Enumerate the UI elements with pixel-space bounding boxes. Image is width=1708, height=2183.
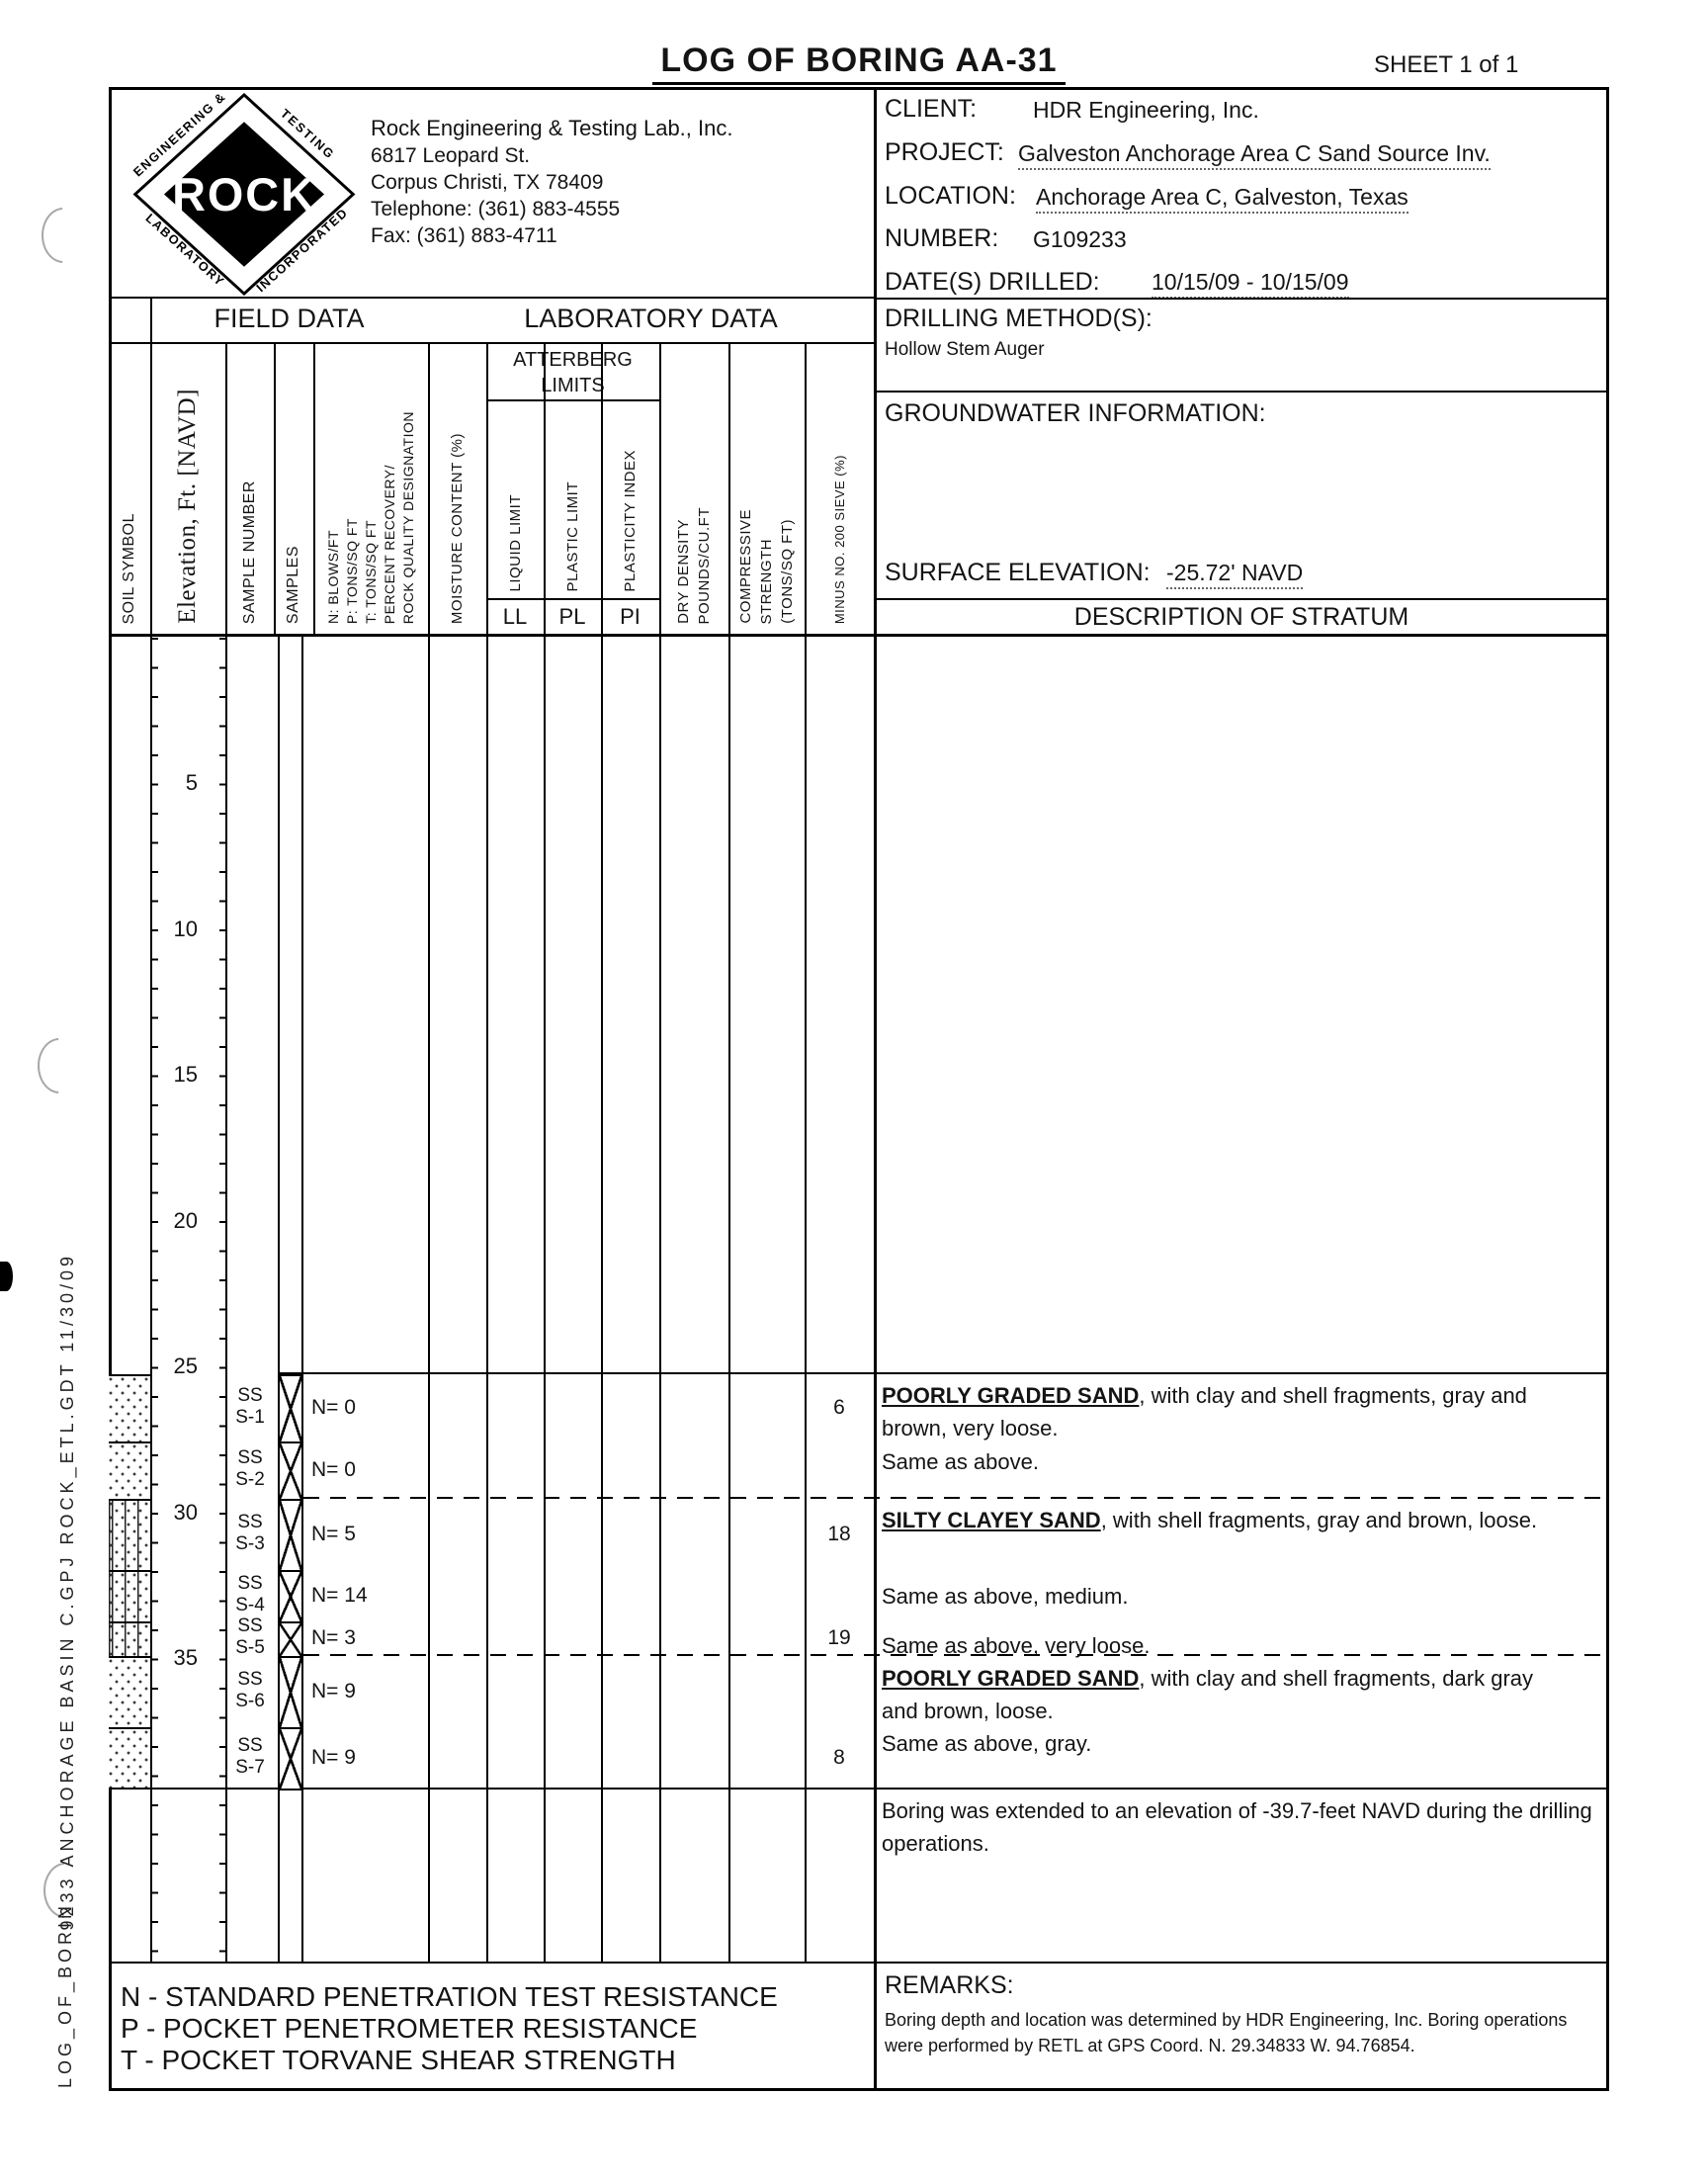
column-header-dry-density: DRY DENSITY POUNDS/CU.FT xyxy=(659,348,728,634)
depth-label: 10 xyxy=(154,917,198,942)
sample-label: SSS-1 xyxy=(223,1385,277,1429)
depth-label: 5 xyxy=(154,770,198,796)
sieve-value: 19 xyxy=(805,1626,874,1650)
sieve-value: 8 xyxy=(805,1746,874,1770)
column-subheader-ll: LL xyxy=(486,604,544,630)
surface-elevation-label: SURFACE ELEVATION: xyxy=(885,559,1151,587)
soil-pattern-block xyxy=(109,1621,150,1656)
grid-line xyxy=(486,399,659,401)
sample-symbol xyxy=(278,1499,303,1572)
sample-label: SSS-3 xyxy=(223,1512,277,1555)
depth-label: 20 xyxy=(154,1208,198,1234)
stratum-description: SILTY CLAYEY SAND, with shell fragments,… xyxy=(882,1504,1583,1536)
company-logo: ENGINEERING & TESTING LABORATORY INCORPO… xyxy=(127,93,362,296)
column-header-plasticity-index: PLASTICITY INDEX xyxy=(601,403,659,598)
grid-line xyxy=(874,391,1609,393)
field-data-header: FIELD DATA xyxy=(150,304,428,334)
sample-n-value: N= 5 xyxy=(311,1523,356,1546)
stratum-note: Same as above, gray. xyxy=(882,1727,1091,1760)
grid-line xyxy=(313,344,315,637)
hole-punch-mark xyxy=(42,208,85,263)
sample-label: SSS-7 xyxy=(223,1735,277,1779)
grid-line xyxy=(486,344,488,1963)
drilling-method-label: DRILLING METHOD(S): xyxy=(885,305,1153,333)
stratum-note: Same as above, very loose. xyxy=(882,1629,1150,1662)
laboratory-data-header: LABORATORY DATA xyxy=(428,304,874,334)
sample-n-value: N= 0 xyxy=(311,1458,356,1482)
grid-line xyxy=(728,344,730,1963)
groundwater-label: GROUNDWATER INFORMATION: xyxy=(885,399,1266,428)
stratum-boundary-dashed-line xyxy=(303,1497,1609,1499)
depth-label: 35 xyxy=(154,1645,198,1671)
project-value: Galveston Anchorage Area C Sand Source I… xyxy=(1018,140,1491,170)
column-header-samples: SAMPLES xyxy=(274,348,313,634)
project-label: PROJECT: xyxy=(885,138,1004,167)
description-of-stratum-header: DESCRIPTION OF STRATUM xyxy=(874,603,1609,632)
grid-line xyxy=(601,344,603,1963)
legend-line: N - STANDARD PENETRATION TEST RESISTANCE xyxy=(121,1981,778,2013)
client-value: HDR Engineering, Inc. xyxy=(1033,97,1259,124)
soil-pattern-block xyxy=(109,1374,150,1441)
column-subheader-pi: PI xyxy=(601,604,659,630)
depth-label: 15 xyxy=(154,1062,198,1088)
boring-log-page: 9233 ANCHORAGE BASIN C.GPJ ROCK_ETL.GDT … xyxy=(0,0,1708,2183)
stratum-description: POORLY GRADED SAND, with clay and shell … xyxy=(882,1662,1564,1727)
company-name: Rock Engineering & Testing Lab., Inc. xyxy=(371,116,732,141)
sample-label: SSS-2 xyxy=(223,1447,277,1491)
location-value: Anchorage Area C, Galveston, Texas xyxy=(1036,184,1409,214)
drilling-method-value: Hollow Stem Auger xyxy=(885,339,1045,361)
depth-tick-strip xyxy=(152,638,158,1961)
legend-line: P - POCKET PENETROMETER RESISTANCE xyxy=(121,2013,697,2045)
logo-rock-text: ROCK xyxy=(172,169,316,220)
grid-line xyxy=(874,598,1609,600)
company-fax: Fax: (361) 883-4711 xyxy=(371,224,557,248)
remarks-label: REMARKS: xyxy=(885,1971,1014,2000)
column-header-compressive: COMPRESSIVE STRENGTH (TONS/SQ FT) xyxy=(728,348,805,634)
number-value: G109233 xyxy=(1033,226,1127,253)
grid-line xyxy=(805,344,807,1963)
sample-n-value: N= 14 xyxy=(311,1584,368,1608)
sample-n-value: N= 3 xyxy=(311,1626,356,1650)
grid-line xyxy=(109,297,874,299)
stratum-boundary-line xyxy=(109,1788,1609,1790)
column-header-elevation: Elevation, Ft. [NAVD] xyxy=(150,348,225,634)
company-address-line2: Corpus Christi, TX 78409 xyxy=(371,171,603,195)
stratum-note: Same as above, medium. xyxy=(882,1580,1128,1613)
sample-label: SSS-4 xyxy=(223,1573,277,1616)
boring-termination-note: Boring was extended to an elevation of -… xyxy=(882,1794,1593,1860)
grid-line xyxy=(274,344,276,637)
soil-pattern-block xyxy=(109,1499,150,1570)
number-label: NUMBER: xyxy=(885,224,998,253)
dates-drilled-value: 10/15/09 - 10/15/09 xyxy=(1152,269,1349,299)
column-header-atterberg: ATTERBERG LIMITS xyxy=(486,347,659,398)
margin-file-note-text: 9233 ANCHORAGE BASIN C.GPJ ROCK_ETL.GDT … xyxy=(57,1253,78,1931)
margin-form-note: LOG_OF_BORIN xyxy=(55,1928,81,2088)
location-label: LOCATION: xyxy=(885,182,1016,211)
sample-symbol xyxy=(278,1441,303,1501)
column-header-liquid-limit: LIQUID LIMIT xyxy=(486,403,544,598)
soil-pattern-block xyxy=(109,1441,150,1499)
hole-punch-mark xyxy=(38,1038,81,1093)
grid-line xyxy=(109,342,874,344)
sample-symbol xyxy=(278,1656,303,1729)
dates-drilled-label: DATE(S) DRILLED: xyxy=(885,268,1100,297)
stratum-note: Same as above. xyxy=(882,1445,1039,1478)
column-subheader-pl: PL xyxy=(544,604,601,630)
scan-blob-artifact xyxy=(0,1262,13,1291)
page-title: LOG OF BORING AA-31 xyxy=(652,42,1065,85)
company-address-line1: 6817 Leopard St. xyxy=(371,144,530,168)
sample-n-value: N= 0 xyxy=(311,1396,356,1420)
grid-line xyxy=(659,344,661,1963)
margin-form-note-text: LOG_OF_BORIN xyxy=(55,1902,76,2088)
sample-n-value: N= 9 xyxy=(311,1680,356,1703)
column-header-soil-symbol: SOIL SYMBOL xyxy=(109,348,150,634)
grid-line xyxy=(874,298,1609,300)
client-label: CLIENT: xyxy=(885,95,977,124)
remarks-text: Boring depth and location was determined… xyxy=(885,2007,1606,2058)
depth-label: 30 xyxy=(154,1500,198,1526)
column-header-moisture: MOISTURE CONTENT (%) xyxy=(428,348,486,634)
grid-line xyxy=(544,344,546,1963)
legend-line: T - POCKET TORVANE SHEAR STRENGTH xyxy=(121,2045,676,2076)
column-header-minus-200: MINUS NO. 200 SIEVE (%) xyxy=(805,348,874,634)
soil-pattern-block xyxy=(109,1656,150,1727)
stratum-boundary-line xyxy=(278,1372,1609,1374)
sample-symbol xyxy=(278,1727,303,1790)
sample-label: SSS-6 xyxy=(223,1669,277,1712)
grid-line xyxy=(874,87,877,2091)
column-header-blows: N: BLOWS/FT P: TONS/SQ FT T: TONS/SQ FT … xyxy=(313,348,428,634)
grid-line xyxy=(225,344,227,1963)
stratum-description: POORLY GRADED SAND, with clay and shell … xyxy=(882,1379,1564,1444)
sieve-value: 6 xyxy=(805,1396,874,1420)
grid-line xyxy=(109,1962,1609,1964)
sheet-number: SHEET 1 of 1 xyxy=(1374,51,1609,79)
sample-label: SSS-5 xyxy=(223,1615,277,1659)
company-telephone: Telephone: (361) 883-4555 xyxy=(371,198,620,221)
depth-label: 25 xyxy=(154,1353,198,1379)
column-header-plastic-limit: PLASTIC LIMIT xyxy=(544,403,601,598)
sample-symbol xyxy=(278,1621,303,1658)
sample-symbol xyxy=(278,1570,303,1623)
column-header-sample-number: SAMPLE NUMBER xyxy=(225,348,274,634)
sample-n-value: N= 9 xyxy=(311,1746,356,1770)
soil-pattern-block xyxy=(109,1727,150,1790)
sample-symbol xyxy=(278,1374,303,1443)
sieve-value: 18 xyxy=(805,1523,874,1546)
surface-elevation-value: -25.72' NAVD xyxy=(1166,560,1303,589)
grid-line xyxy=(428,344,430,1963)
margin-file-note: 9233 ANCHORAGE BASIN C.GPJ ROCK_ETL.GDT … xyxy=(57,1270,83,1931)
grid-line xyxy=(109,634,1609,637)
soil-pattern-block xyxy=(109,1570,150,1621)
grid-line xyxy=(486,598,661,600)
